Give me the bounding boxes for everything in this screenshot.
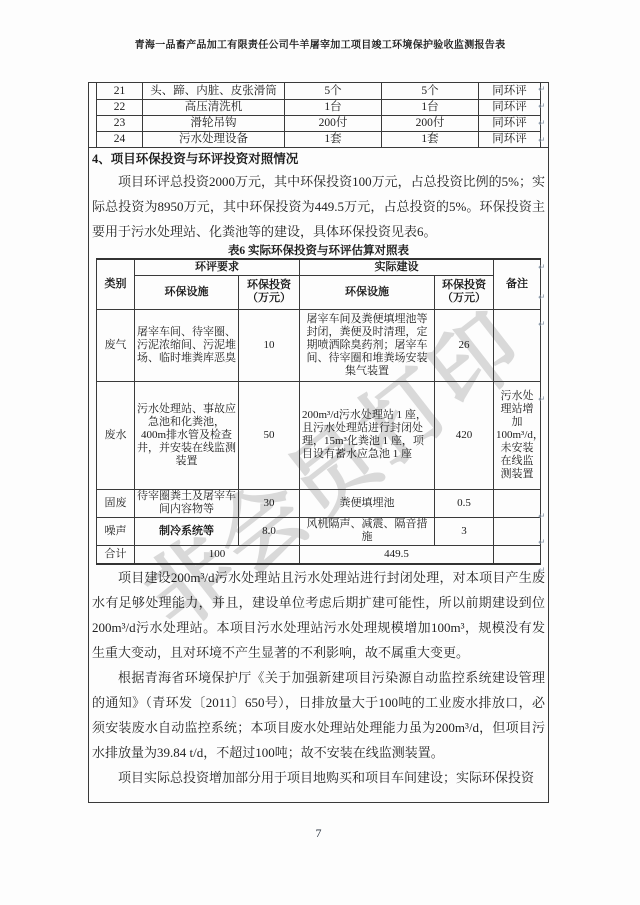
cell-epia-facility: 污水处理站、事故应急池和化粪池，400m排水管及检查井，并安装在线监测装置 [135, 381, 239, 489]
header-epia-investment: 环保投资（万元） [239, 275, 300, 309]
header-epia-facility: 环保设施 [135, 275, 239, 309]
cell-epia-facility: 制冷系统等 [135, 517, 239, 545]
table-row: 固废 待宰圈粪土及屠宰车间内容物等 30 粪便填埋池 0.5 [97, 489, 541, 517]
table-row: 23 滑轮吊钩 200付 200付 同环评 [97, 115, 541, 131]
cell-category: 固废 [97, 489, 135, 517]
cell-actual-investment: 26 [435, 309, 494, 381]
line-break-mark-icon: ↵ [538, 513, 546, 522]
equip-no: 22 [97, 99, 143, 115]
cell-actual-facility: 200m³/d污水处理站 1 座，且污水处理站进行封闭处理，15m³化粪池 1 … [300, 381, 435, 489]
section-4-heading: 4、项目环保投资与环评投资对照情况 [89, 148, 548, 169]
table-row: 24 污水处理设备 1套 1套 同环评 [97, 131, 541, 147]
equip-epia-qty: 5个 [285, 83, 382, 99]
cell-epia-investment: 50 [239, 381, 300, 489]
line-break-mark-icon: ↵ [538, 396, 546, 405]
paragraph-monitoring-notice: 根据青海省环境保护厅《关于加强新建项目污染源自动监控系统建设管理的通知》（青环发… [89, 665, 548, 765]
equip-epia-qty: 1套 [285, 131, 382, 147]
header-remark: 备注 [494, 259, 541, 309]
table-row: 噪声 制冷系统等 8.0 风机隔声、减震、隔音措施 3 [97, 517, 541, 545]
cell-actual-facility: 粪便填埋池 [300, 489, 435, 517]
equip-actual-qty: 1套 [382, 131, 479, 147]
cell-category: 噪声 [97, 517, 135, 545]
table-row: 21 头、蹄、内脏、皮张滑筒 5个 5个 同环评 [97, 83, 541, 99]
cell-category: 废气 [97, 309, 135, 381]
document-header-title: 青海一品畜产品加工有限责任公司牛羊屠宰加工项目竣工环境保护验收监测报告表 [0, 36, 640, 51]
equipment-table-section: 21 头、蹄、内脏、皮张滑筒 5个 5个 同环评 22 高压清洗机 1台 1台 … [89, 83, 548, 148]
cell-actual-investment: 3 [435, 517, 494, 545]
header-actual-facility: 环保设施 [300, 275, 435, 309]
table-row: 废气 屠宰车间、待宰圈、污泥浓缩间、污泥堆场、临时堆粪库恶臭 10 屠宰车间及粪… [97, 309, 541, 381]
cell-actual-investment: 420 [435, 381, 494, 489]
total-epia-investment: 100 [135, 545, 300, 564]
cell-remark [494, 517, 541, 545]
paragraph-sewage-station: 项目建设200m³/d污水处理站且污水处理站进行封闭处理，对本项目产生废水有足够… [89, 565, 548, 665]
total-label: 合计 [97, 545, 135, 564]
table-header-row: 环保设施 环保投资（万元） 环保设施 环保投资（万元） [97, 275, 541, 309]
equip-actual-qty: 1台 [382, 99, 479, 115]
equip-no: 23 [97, 115, 143, 131]
header-group-epia: 环评要求 [135, 259, 300, 275]
line-break-mark-icon: ↵ [538, 567, 546, 576]
cell-actual-facility: 屠宰车间及粪便填埋池等封闭，粪便及时清理，定期喷洒除臭药剂；屠宰车间、待宰圈和堆… [300, 309, 435, 381]
equip-remark: 同环评 [479, 99, 541, 115]
equip-epia-qty: 1台 [285, 99, 382, 115]
document-page: 青海一品畜产品加工有限责任公司牛羊屠宰加工项目竣工环境保护验收监测报告表 非会员… [0, 0, 640, 905]
line-break-mark-icon: ↵ [538, 86, 546, 95]
cell-epia-facility: 待宰圈粪土及屠宰车间内容物等 [135, 489, 239, 517]
line-break-mark-icon: ↵ [538, 120, 546, 129]
cell-remark: 污水处理站增加100m³/d，未安装在线监测装置 [494, 381, 541, 489]
cell-epia-investment: 8.0 [239, 517, 300, 545]
line-break-mark-icon: ↵ [538, 264, 546, 273]
equip-name: 高压清洗机 [143, 99, 285, 115]
equip-name: 污水处理设备 [143, 131, 285, 147]
cell-category: 废水 [97, 381, 135, 489]
paragraph-investment-overview: 项目环评总投资2000万元，其中环保投资100万元，占总投资比例的5%；实际总投… [89, 169, 548, 244]
investment-comparison-table: 类别 环评要求 实际建设 备注 环保设施 环保投资（万元） 环保设施 环保投资（… [96, 258, 541, 565]
table-total-row: 合计 100 449.5 [97, 545, 541, 564]
cell-epia-investment: 10 [239, 309, 300, 381]
paragraph-investment-increase: 项目实际总投资增加部分用于项目地购买和项目车间建设；实际环保投资 [89, 765, 548, 790]
equip-epia-qty: 200付 [285, 115, 382, 131]
table-row: 22 高压清洗机 1台 1台 同环评 [97, 99, 541, 115]
header-group-actual: 实际建设 [300, 259, 494, 275]
line-break-mark-icon: ↵ [538, 294, 546, 303]
equip-remark: 同环评 [479, 83, 541, 99]
equip-remark: 同环评 [479, 131, 541, 147]
header-actual-investment: 环保投资（万元） [435, 275, 494, 309]
page-number: 7 [88, 826, 549, 841]
header-category: 类别 [97, 259, 135, 309]
equip-no: 24 [97, 131, 143, 147]
table-header-row: 类别 环评要求 实际建设 备注 [97, 259, 541, 275]
line-break-marks-column: ↵ ↵ ↵ ↵ ↵ ↵ ↵ ↵ ↵ ↵ ↵ [538, 83, 547, 802]
equip-no: 21 [97, 83, 143, 99]
equip-name: 头、蹄、内脏、皮张滑筒 [143, 83, 285, 99]
total-actual-investment: 449.5 [300, 545, 494, 564]
line-break-mark-icon: ↵ [538, 137, 546, 146]
cell-remark [494, 489, 541, 517]
line-break-mark-icon: ↵ [538, 539, 546, 548]
total-remark [494, 545, 541, 564]
cell-epia-facility: 屠宰车间、待宰圈、污泥浓缩间、污泥堆场、临时堆粪库恶臭 [135, 309, 239, 381]
equip-actual-qty: 5个 [382, 83, 479, 99]
cell-actual-investment: 0.5 [435, 489, 494, 517]
equip-actual-qty: 200付 [382, 115, 479, 131]
cell-epia-investment: 30 [239, 489, 300, 517]
line-break-mark-icon: ↵ [538, 103, 546, 112]
equip-name: 滑轮吊钩 [143, 115, 285, 131]
table-row: 废水 污水处理站、事故应急池和化粪池，400m排水管及检查井，并安装在线监测装置… [97, 381, 541, 489]
cell-remark [494, 309, 541, 381]
cell-actual-facility: 风机隔声、减震、隔音措施 [300, 517, 435, 545]
line-break-mark-icon: ↵ [538, 321, 546, 330]
table6-title: 表6 实际环保投资与环评估算对照表 [89, 245, 548, 258]
equipment-table: 21 头、蹄、内脏、皮张滑筒 5个 5个 同环评 22 高压清洗机 1台 1台 … [96, 83, 541, 147]
equip-remark: 同环评 [479, 115, 541, 131]
report-form-body: 21 头、蹄、内脏、皮张滑筒 5个 5个 同环评 22 高压清洗机 1台 1台 … [88, 82, 549, 803]
